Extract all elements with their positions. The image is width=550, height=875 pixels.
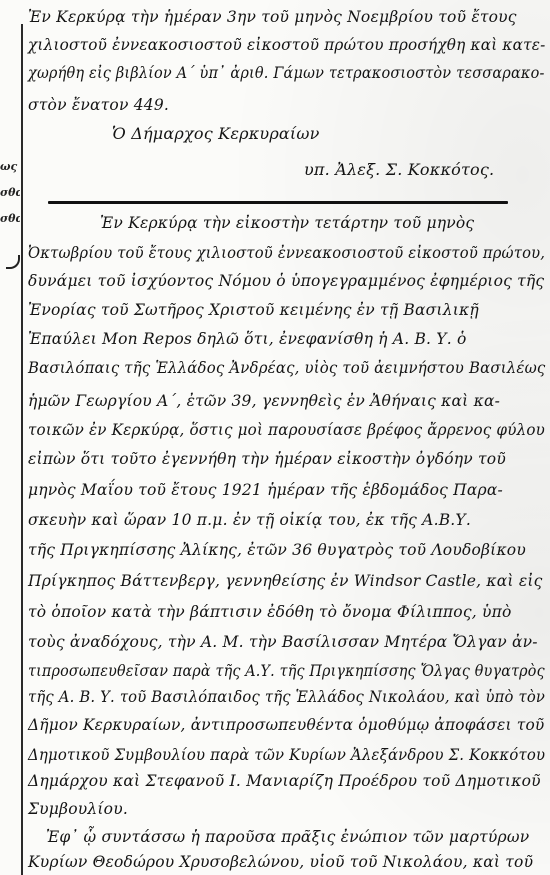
entry-line: Ὀκτωβρίου τοῦ ἔτους χιλιοστοῦ ἐννεακοσιο… [28,244,545,262]
entry-line: στὸν ἔνατον 449. [28,96,169,114]
entry-line: Πρίγκηπος Βάττενβεργ, γεννηθείσης ἐν Win… [28,572,543,590]
entry-line: εἰπὼν ὅτι τοῦτο ἐγεννήθη τὴν ἡμέραν εἰκο… [28,450,506,468]
entry-line: Ἐν Κερκύρᾳ τὴν ἡμέραν 3ην τοῦ μηνὸς Νοεμ… [28,8,517,26]
entry-line: τὸ ὁποῖον κατὰ τὴν βάπτισιν ἐδόθη τὸ ὄνο… [28,603,512,621]
margin-fragment: ως [0,160,20,173]
margin-bracket-mark [6,255,20,269]
entry-line: Δημάρχου καὶ Στεφανοῦ Ι. Μανιαρίζη Προέδ… [28,772,541,790]
entry-line: Ἐπαύλει Mon Repos δηλῶ ὅτι, ἐνεφανίσθη ἡ… [28,330,467,348]
margin-fragment: σθαι [0,212,20,225]
signature-name: υπ. Ἀλεξ. Σ. Κοκκότος. [304,160,494,179]
entry-line: τοικῶν ἐν Κερκύρᾳ, ὅστις μοὶ παρουσίασε … [28,421,545,439]
entry-line: ἡμῶν Γεωργίου Α΄, ἐτῶν 39, γεννηθεὶς ἐν … [28,392,500,410]
entry-line: δυνάμει τοῦ ἰσχύοντος Νόμου ὁ ὑπογεγραμμ… [28,272,544,290]
entry-line: Δῆμον Κερκυραίων, ἀντιπροσωπευθέντα ὁμοθ… [28,716,544,734]
entry-line: Βασιλόπαις τῆς Ἑλλάδος Ἀνδρέας, υἱὸς τοῦ… [28,359,545,377]
entry-separator-rule [48,201,508,204]
signature-title: Ὁ Δήμαρχος Κερκυραίων [112,124,320,143]
entry-line: Συμβουλίου. [28,800,128,818]
entry-line: χωρήθη εἰς βιβλίον Α΄ ὑπ᾽ ἀριθ. Γάμων τε… [28,64,545,82]
entry-line: τοὺς ἀναδόχους, τὴν Α. Μ. τὴν Βασίλισσαν… [28,633,538,651]
entry-line: τιπροσωπευθεῖσαν παρὰ τῆς Α.Υ. τῆς Πριγκ… [28,662,545,680]
entry-line: Κυρίων Θεοδώρου Χρυσοβελώνου, υἱοῦ τοῦ Ν… [28,853,533,871]
entry-line: τῆς Α. Β. Υ. τοῦ Βασιλόπαιδος τῆς Ἑλλάδο… [28,688,545,706]
entry-line: σκευὴν καὶ ὥραν 10 π.μ. ἐν τῇ οἰκίᾳ του,… [28,511,471,529]
entry-line: χιλιοστοῦ ἐννεακοσιοστοῦ εἰκοστοῦ πρώτου… [28,36,545,54]
entry-line: τῆς Πριγκηπίσσης Ἀλίκης, ἐτῶν 36 θυγατρὸ… [28,541,526,559]
entry-line: μηνὸς Μαΐου τοῦ ἔτους 1921 ἡμέραν τῆς ἑβ… [28,481,503,499]
margin-fragment: σθαι [0,186,20,199]
entry-line: Δημοτικοῦ Συμβουλίου παρὰ τῶν Κυρίων Ἀλε… [28,746,545,764]
entry-line: Ἐν Κερκύρᾳ τὴν εἰκοστὴν τετάρτην τοῦ μην… [100,214,474,232]
entry-line: Ἐφ᾽ ᾧ συντάσσω ἡ παροῦσα πρᾶξις ἐνώπιον … [46,828,529,846]
scanned-document-page: ως σθαι σθαι Ἐν Κερκύρᾳ τὴν ἡμέραν 3ην τ… [0,0,550,875]
left-margin-rule [21,24,23,875]
entry-line: Ἐνορίας τοῦ Σωτῆρος Χριστοῦ κειμένης ἐν … [28,301,479,319]
